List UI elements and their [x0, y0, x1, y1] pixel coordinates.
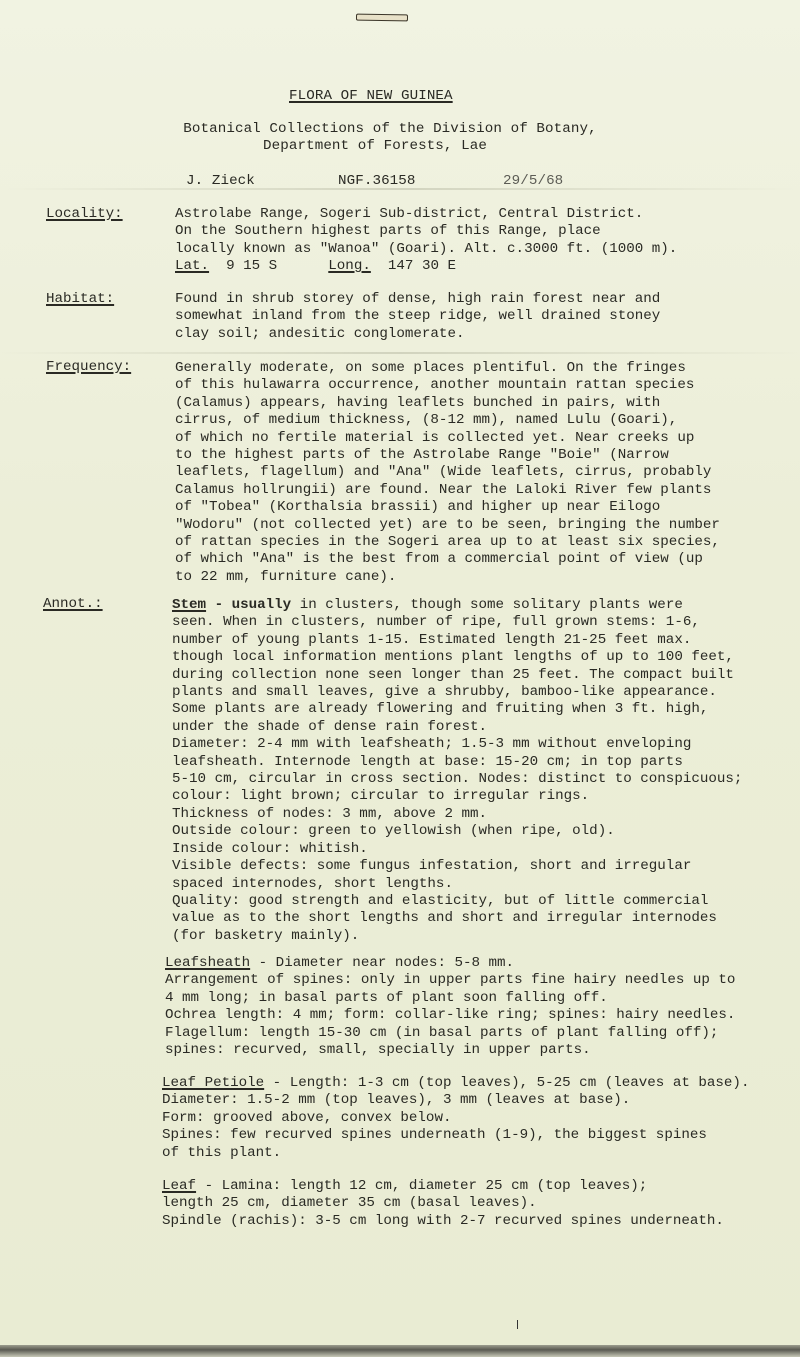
habitat-line: clay soil; andesitic conglomerate.	[175, 326, 785, 343]
frequency-line: to the highest parts of the Astrolabe Ra…	[175, 447, 785, 464]
leafsheath-section: Leafsheath - Diameter near nodes: 5-8 mm…	[165, 955, 775, 1059]
document-page: FLORA OF NEW GUINEA Botanical Collection…	[0, 0, 800, 1345]
lat-value: 9 15 S	[226, 258, 277, 274]
locality-line: Astrolabe Range, Sogeri Sub-district, Ce…	[175, 206, 785, 223]
stem-first-rest: in clusters, though some solitary plants…	[291, 597, 683, 613]
collector-name: J. Zieck	[186, 173, 255, 190]
leaf-petiole-heading: Leaf Petiole	[162, 1075, 264, 1091]
leafsheath-line: Flagellum: length 15-30 cm (in basal par…	[165, 1025, 775, 1042]
habitat-text: Found in shrub storey of dense, high rai…	[175, 291, 785, 343]
paper-fold	[0, 352, 800, 354]
leafsheath-first-line: Leafsheath - Diameter near nodes: 5-8 mm…	[165, 955, 775, 972]
leaf-petiole-line: Spines: few recurved spines underneath (…	[162, 1127, 772, 1144]
long-value: 147 30 E	[388, 258, 456, 274]
frequency-line: of which "Ana" is the best from a commer…	[175, 551, 785, 568]
stem-line: Quality: good strength and elasticity, b…	[172, 893, 782, 910]
frequency-line: Calamus hollrungii) are found. Near the …	[175, 482, 785, 499]
leafsheath-line: 4 mm long; in basal parts of plant soon …	[165, 990, 775, 1007]
leaf-line: length 25 cm, diameter 35 cm (basal leav…	[162, 1195, 772, 1212]
document-title: FLORA OF NEW GUINEA	[289, 88, 453, 105]
locality-text: Astrolabe Range, Sogeri Sub-district, Ce…	[175, 206, 785, 276]
stem-line: Thickness of nodes: 3 mm, above 2 mm.	[172, 806, 782, 823]
leaf-line: Spindle (rachis): 3-5 cm long with 2-7 r…	[162, 1213, 772, 1230]
frequency-label: Frequency:	[46, 359, 131, 376]
frequency-line: of "Tobea" (Korthalsia brassii) and high…	[175, 499, 785, 516]
ink-mark	[517, 1320, 518, 1329]
annot-label: Annot.:	[43, 596, 103, 613]
habitat-label: Habitat:	[46, 291, 114, 308]
stem-line: Outside colour: green to yellowish (when…	[172, 823, 782, 840]
leafsheath-line: spines: recurved, small, specially in up…	[165, 1042, 775, 1059]
stem-line: Inside colour: whitish.	[172, 841, 782, 858]
frequency-line: cirrus, of medium thickness, (8-12 mm), …	[175, 412, 785, 429]
frequency-line: to 22 mm, furniture cane).	[175, 569, 785, 586]
long-label: Long.	[328, 258, 371, 274]
locality-line: locally known as "Wanoa" (Goari). Alt. c…	[175, 241, 785, 258]
stem-first-line: Stem - usually in clusters, though some …	[172, 597, 782, 614]
leaf-petiole-line: of this plant.	[162, 1145, 772, 1162]
collection-date: 29/5/68	[503, 173, 563, 190]
leaf-petiole-line: Diameter: 1.5-2 mm (top leaves), 3 mm (l…	[162, 1092, 772, 1109]
stem-line: plants and small leaves, give a shrubby,…	[172, 684, 782, 701]
institution-line-1: Botanical Collections of the Division of…	[110, 121, 670, 138]
stem-line: 5-10 cm, circular in cross section. Node…	[172, 771, 782, 788]
stem-line: number of young plants 1-15. Estimated l…	[172, 632, 782, 649]
stem-line: spaced internodes, short lengths.	[172, 876, 782, 893]
locality-label: Locality:	[46, 206, 123, 223]
locality-line: On the Southern highest parts of this Ra…	[175, 223, 785, 240]
stem-line: value as to the short lengths and short …	[172, 910, 782, 927]
stem-lead: - usually	[206, 597, 291, 613]
coordinates-line: Lat. 9 15 S Long. 147 30 E	[175, 258, 785, 275]
frequency-line: (Calamus) appears, having leaflets bunch…	[175, 395, 785, 412]
habitat-line: somewhat inland from the steep ridge, we…	[175, 308, 785, 325]
leaf-petiole-first-line: Leaf Petiole - Length: 1-3 cm (top leave…	[162, 1075, 772, 1092]
staple-mark	[356, 14, 408, 22]
leaf-petiole-line: Form: grooved above, convex below.	[162, 1110, 772, 1127]
frequency-text: Generally moderate, on some places plent…	[175, 360, 785, 586]
institution-line-2: Department of Forests, Lae	[110, 138, 640, 155]
stem-line: seen. When in clusters, number of ripe, …	[172, 614, 782, 631]
stem-line: (for basketry mainly).	[172, 928, 782, 945]
specimen-number: NGF.36158	[338, 173, 416, 190]
lat-label: Lat.	[175, 258, 209, 274]
frequency-line: of which no fertile material is collecte…	[175, 430, 785, 447]
stem-line: under the shade of dense rain forest.	[172, 719, 782, 736]
leafsheath-heading: Leafsheath	[165, 955, 250, 971]
leafsheath-first-rest: - Diameter near nodes: 5-8 mm.	[250, 955, 514, 971]
stem-line: leafsheath. Internode length at base: 15…	[172, 754, 782, 771]
frequency-line: "Wodoru" (not collected yet) are to be s…	[175, 517, 785, 534]
stem-line: Some plants are already flowering and fr…	[172, 701, 782, 718]
frequency-line: of this hulawarra occurrence, another mo…	[175, 377, 785, 394]
stem-section: Stem - usually in clusters, though some …	[172, 597, 782, 945]
leafsheath-line: Arrangement of spines: only in upper par…	[165, 972, 775, 989]
stem-heading: Stem	[172, 597, 206, 613]
leaf-first-line: Leaf - Lamina: length 12 cm, diameter 25…	[162, 1178, 772, 1195]
leaf-petiole-first-rest: - Length: 1-3 cm (top leaves), 5-25 cm (…	[264, 1075, 749, 1091]
frequency-line: Generally moderate, on some places plent…	[175, 360, 785, 377]
frequency-line: leaflets, flagellum) and "Ana" (Wide lea…	[175, 464, 785, 481]
stem-line: during collection none seen longer than …	[172, 667, 782, 684]
stem-line: Diameter: 2-4 mm with leafsheath; 1.5-3 …	[172, 736, 782, 753]
stem-line: though local information mentions plant …	[172, 649, 782, 666]
leaf-section: Leaf - Lamina: length 12 cm, diameter 25…	[162, 1178, 772, 1230]
habitat-line: Found in shrub storey of dense, high rai…	[175, 291, 785, 308]
stem-line: colour: light brown; circular to irregul…	[172, 788, 782, 805]
leafsheath-line: Ochrea length: 4 mm; form: collar-like r…	[165, 1007, 775, 1024]
page-edge	[0, 1345, 800, 1357]
leaf-first-rest: - Lamina: length 12 cm, diameter 25 cm (…	[196, 1178, 647, 1194]
leaf-heading: Leaf	[162, 1178, 196, 1194]
stem-line: Visible defects: some fungus infestation…	[172, 858, 782, 875]
leaf-petiole-section: Leaf Petiole - Length: 1-3 cm (top leave…	[162, 1075, 772, 1162]
frequency-line: of rattan species in the Sogeri area up …	[175, 534, 785, 551]
